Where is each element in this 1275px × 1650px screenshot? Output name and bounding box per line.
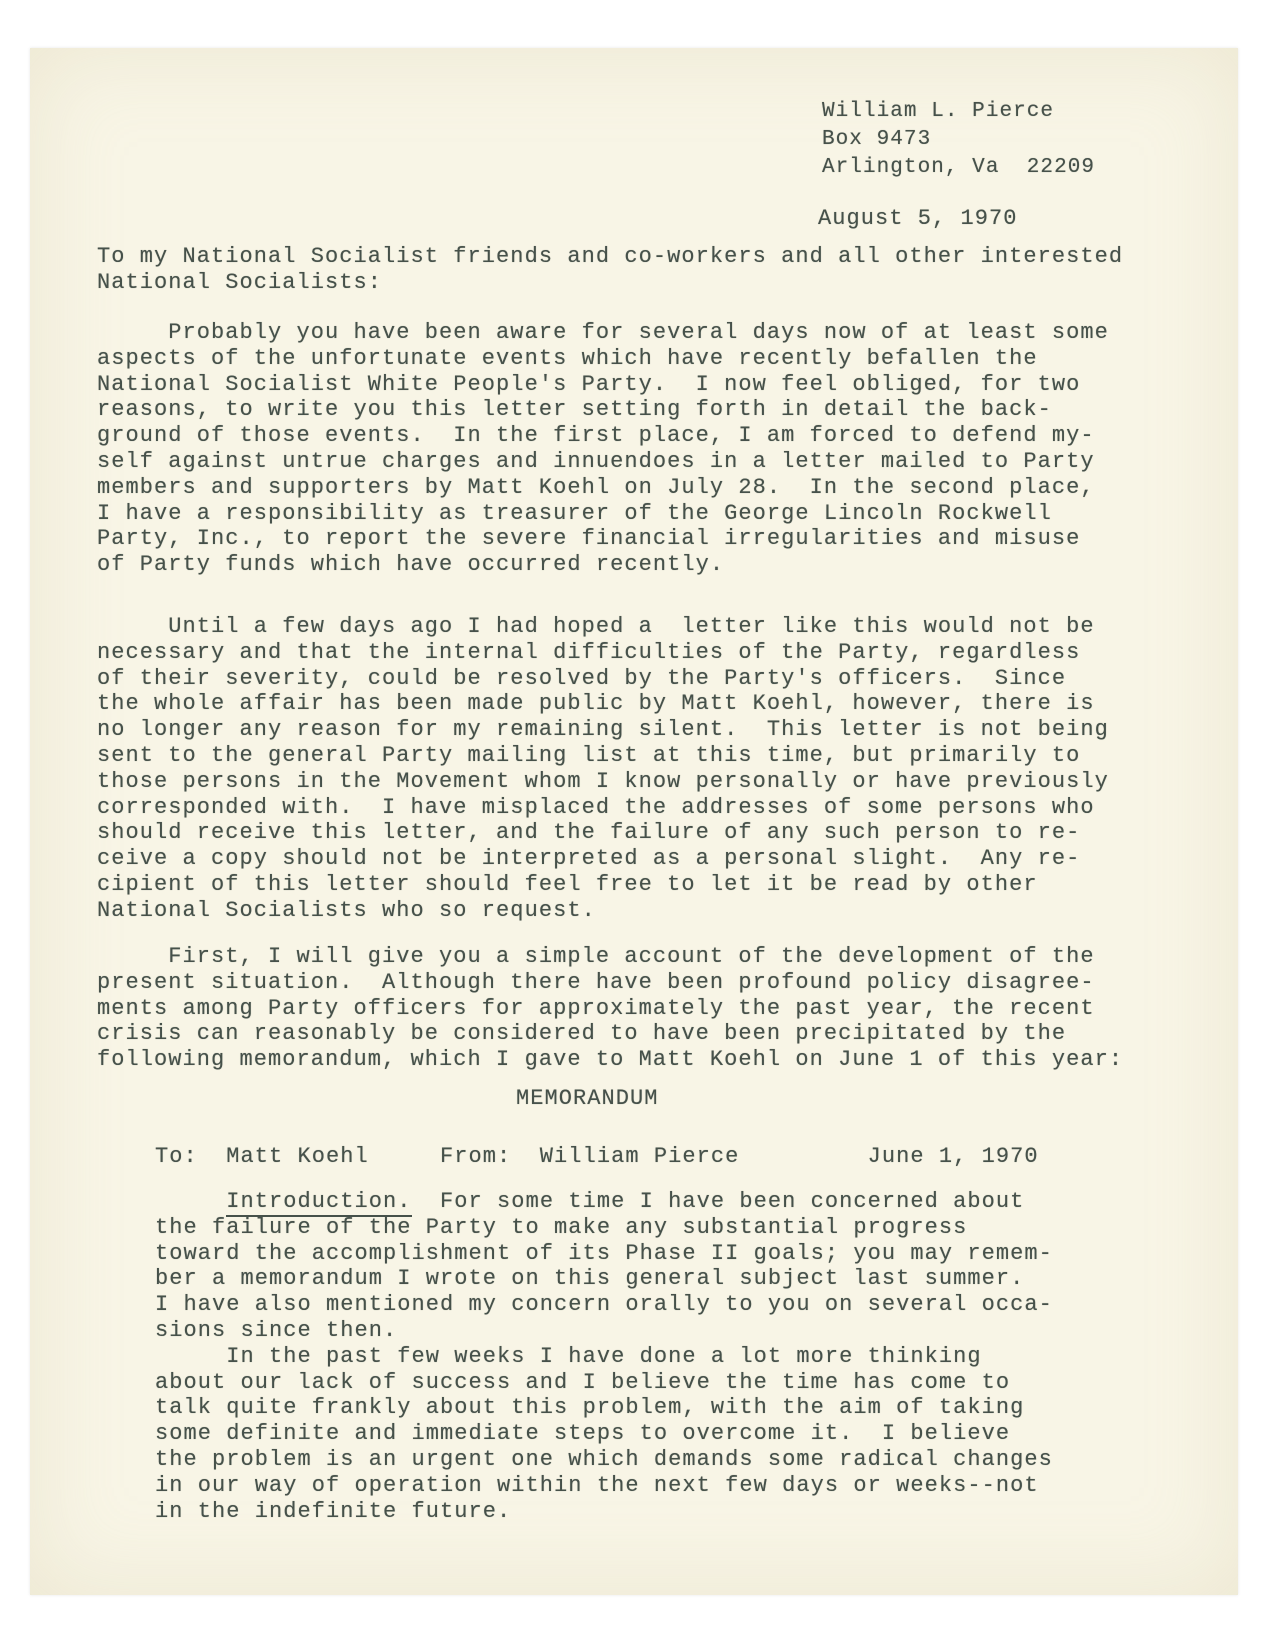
memorandum-heading: MEMORANDUM <box>516 1086 659 1112</box>
text-line: reasons, to write you this letter settin… <box>97 397 1109 423</box>
text-line: self against untrue charges and innuendo… <box>97 449 1109 475</box>
text-line: the whole affair has been made public by… <box>97 691 1109 717</box>
salutation: To my National Socialist friends and co-… <box>97 244 1123 296</box>
text-line: National Socialists: <box>97 270 1123 296</box>
memorandum-body: Introduction. For some time I have been … <box>155 1189 1053 1524</box>
text-line: ground of those events. In the first pla… <box>97 423 1109 449</box>
body-paragraph-2: Until a few days ago I had hoped a lette… <box>97 614 1109 924</box>
memo-intro-indent <box>155 1189 226 1214</box>
memo-body-lines: the failure of the Party to make any sub… <box>155 1215 1053 1525</box>
text-line: following memorandum, which I gave to Ma… <box>97 1047 1123 1073</box>
text-line: crisis can reasonably be considered to h… <box>97 1021 1123 1047</box>
text-line: of their severity, could be resolved by … <box>97 666 1109 692</box>
text-line: First, I will give you a simple account … <box>97 944 1123 970</box>
memo-intro-underlined-word: Introduction. <box>226 1189 411 1217</box>
text-line: no longer any reason for my remaining si… <box>97 717 1109 743</box>
text-line: should receive this letter, and the fail… <box>97 820 1109 846</box>
sender-po-box: Box 9473 <box>822 126 1095 154</box>
text-line: members and supporters by Matt Koehl on … <box>97 475 1109 501</box>
text-line: National Socialist White People's Party.… <box>97 372 1109 398</box>
text-line: Party, Inc., to report the severe financ… <box>97 526 1109 552</box>
text-line: sions since then. <box>155 1318 1053 1344</box>
letter-page: William L. Pierce Box 9473 Arlington, Va… <box>30 48 1238 1595</box>
body-paragraph-3: First, I will give you a simple account … <box>97 944 1123 1073</box>
memo-intro-line: Introduction. For some time I have been … <box>155 1189 1053 1215</box>
scanned-letter-screenshot: { "colors": { "paper": "#f8f5e6", "ink":… <box>0 0 1275 1650</box>
text-line: I have also mentioned my concern orally … <box>155 1292 1053 1318</box>
text-line: National Socialists who so request. <box>97 898 1109 924</box>
text-line: Until a few days ago I had hoped a lette… <box>97 614 1109 640</box>
text-line: sent to the general Party mailing list a… <box>97 743 1109 769</box>
text-line: ber a memorandum I wrote on this general… <box>155 1266 1053 1292</box>
text-line: toward the accomplishment of its Phase I… <box>155 1241 1053 1267</box>
text-line: the failure of the Party to make any sub… <box>155 1215 1053 1241</box>
text-line: present situation. Although there have b… <box>97 970 1123 996</box>
sender-city-line: Arlington, Va 22209 <box>822 154 1095 182</box>
text-line: To my National Socialist friends and co-… <box>97 244 1123 270</box>
text-line: ments among Party officers for approxima… <box>97 996 1123 1022</box>
text-line: aspects of the unfortunate events which … <box>97 346 1109 372</box>
text-line: cipient of this letter should feel free … <box>97 872 1109 898</box>
memorandum-to-from-line: To: Matt Koehl From: William Pierce June… <box>155 1144 1039 1170</box>
text-line: about our lack of success and I believe … <box>155 1370 1053 1396</box>
memo-intro-rest: For some time I have been concerned abou… <box>412 1189 1025 1214</box>
text-line: Probably you have been aware for several… <box>97 320 1109 346</box>
text-line: corresponded with. I have misplaced the … <box>97 795 1109 821</box>
sender-name: William L. Pierce <box>822 98 1095 126</box>
text-line: of Party funds which have occurred recen… <box>97 552 1109 578</box>
body-paragraph-1: Probably you have been aware for several… <box>97 320 1109 578</box>
sender-address-block: William L. Pierce Box 9473 Arlington, Va… <box>822 98 1095 182</box>
text-line: necessary and that the internal difficul… <box>97 640 1109 666</box>
letter-date: August 5, 1970 <box>818 206 1018 232</box>
text-line: in our way of operation within the next … <box>155 1473 1053 1499</box>
text-line: In the past few weeks I have done a lot … <box>155 1344 1053 1370</box>
text-line: talk quite frankly about this problem, w… <box>155 1395 1053 1421</box>
text-line: in the indefinite future. <box>155 1499 1053 1525</box>
text-line: ceive a copy should not be interpreted a… <box>97 846 1109 872</box>
text-line: some definite and immediate steps to ove… <box>155 1421 1053 1447</box>
text-line: the problem is an urgent one which deman… <box>155 1447 1053 1473</box>
text-line: those persons in the Movement whom I kno… <box>97 769 1109 795</box>
text-line: I have a responsibility as treasurer of … <box>97 501 1109 527</box>
